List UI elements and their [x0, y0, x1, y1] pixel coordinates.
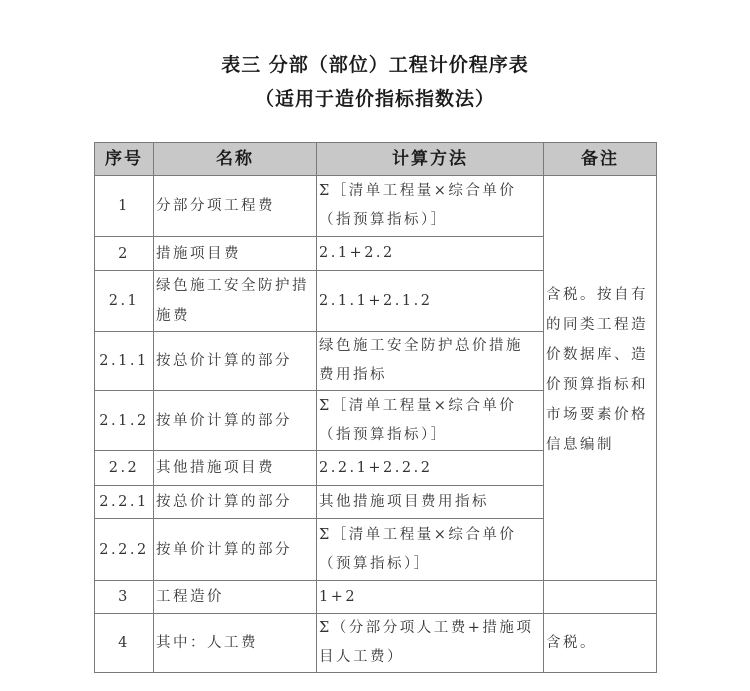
table-title: 表三 分部（部位）工程计价程序表: [0, 50, 750, 77]
row-name: 按单价计算的部分: [154, 519, 317, 581]
row-no: 4: [95, 614, 154, 673]
row-no: 2.2.1: [95, 486, 154, 519]
row-name: 其他措施项目费: [154, 451, 317, 486]
row-name: 其中：人工费: [154, 614, 317, 673]
header-remark: 备注: [544, 143, 657, 176]
row-no: 2.1.1: [95, 332, 154, 391]
row-remark-merged: 含税。按自有 的同类工程造 价数据库、造 价预算指标和 市场要素价格 信息编制: [544, 176, 657, 581]
row-name: 按总价计算的部分: [154, 486, 317, 519]
method-line: 2.1+2.2: [319, 239, 541, 268]
row-no: 2.2.2: [95, 519, 154, 581]
row-name: 绿色施工安全防护措施费: [154, 271, 317, 332]
row-name: 按单价计算的部分: [154, 391, 317, 451]
method-line: （预算指标）］: [319, 550, 541, 579]
row-method: 2.1+2.2: [317, 237, 544, 271]
row-method: 绿色施工安全防护总价措施 费用指标: [317, 332, 544, 391]
table-row: 1 分部分项工程费 Σ［清单工程量×综合单价 （指预算指标）］ 含税。按自有 的…: [95, 176, 657, 237]
method-line: 目人工费）: [319, 643, 541, 672]
remark-line: 价数据库、造: [546, 340, 654, 370]
method-line: 2.1.1+2.1.2: [319, 287, 541, 316]
method-line: 费用指标: [319, 361, 541, 390]
row-no: 3: [95, 581, 154, 614]
table-row: 4 其中：人工费 Σ（分部分项人工费+措施项 目人工费） 含税。: [95, 614, 657, 673]
remark-line: 价预算指标和: [546, 370, 654, 400]
row-method: 其他措施项目费用指标: [317, 486, 544, 519]
method-line: （指预算指标）］: [319, 206, 541, 235]
row-name: 按总价计算的部分: [154, 332, 317, 391]
row-method: Σ（分部分项人工费+措施项 目人工费）: [317, 614, 544, 673]
row-method: 2.2.1+2.2.2: [317, 451, 544, 486]
table-header-row: 序号 名称 计算方法 备注: [95, 143, 657, 176]
remark-line: 含税。按自有: [546, 280, 654, 310]
row-method: Σ［清单工程量×综合单价 （指预算指标）］: [317, 391, 544, 451]
method-line: 绿色施工安全防护总价措施: [319, 332, 541, 361]
method-line: Σ［清单工程量×综合单价: [319, 177, 541, 206]
remark-line: 信息编制: [546, 430, 654, 460]
row-no: 2.1.2: [95, 391, 154, 451]
method-line: 1+2: [319, 583, 541, 612]
row-method: 2.1.1+2.1.2: [317, 271, 544, 332]
row-method: Σ［清单工程量×综合单价 （预算指标）］: [317, 519, 544, 581]
row-name: 分部分项工程费: [154, 176, 317, 237]
row-no: 2.1: [95, 271, 154, 332]
row-no: 1: [95, 176, 154, 237]
table-row: 3 工程造价 1+2: [95, 581, 657, 614]
method-line: Σ［清单工程量×综合单价: [319, 392, 541, 421]
method-line: Σ［清单工程量×综合单价: [319, 521, 541, 550]
pricing-procedure-table: 序号 名称 计算方法 备注 1 分部分项工程费 Σ［清单工程量×综合单价 （指预…: [94, 142, 657, 673]
method-line: （指预算指标）］: [319, 421, 541, 450]
row-no: 2: [95, 237, 154, 271]
table-subtitle: （适用于造价指标指数法）: [0, 84, 750, 111]
row-no: 2.2: [95, 451, 154, 486]
row-name: 措施项目费: [154, 237, 317, 271]
header-no: 序号: [95, 143, 154, 176]
method-line: 其他措施项目费用指标: [319, 488, 541, 517]
method-line: Σ（分部分项人工费+措施项: [319, 614, 541, 643]
row-name: 工程造价: [154, 581, 317, 614]
remark-line: 市场要素价格: [546, 400, 654, 430]
row-method: Σ［清单工程量×综合单价 （指预算指标）］: [317, 176, 544, 237]
row-remark: [544, 581, 657, 614]
row-method: 1+2: [317, 581, 544, 614]
header-method: 计算方法: [317, 143, 544, 176]
row-remark: 含税。: [544, 614, 657, 673]
remark-line: 的同类工程造: [546, 310, 654, 340]
method-line: 2.2.1+2.2.2: [319, 454, 541, 483]
header-name: 名称: [154, 143, 317, 176]
